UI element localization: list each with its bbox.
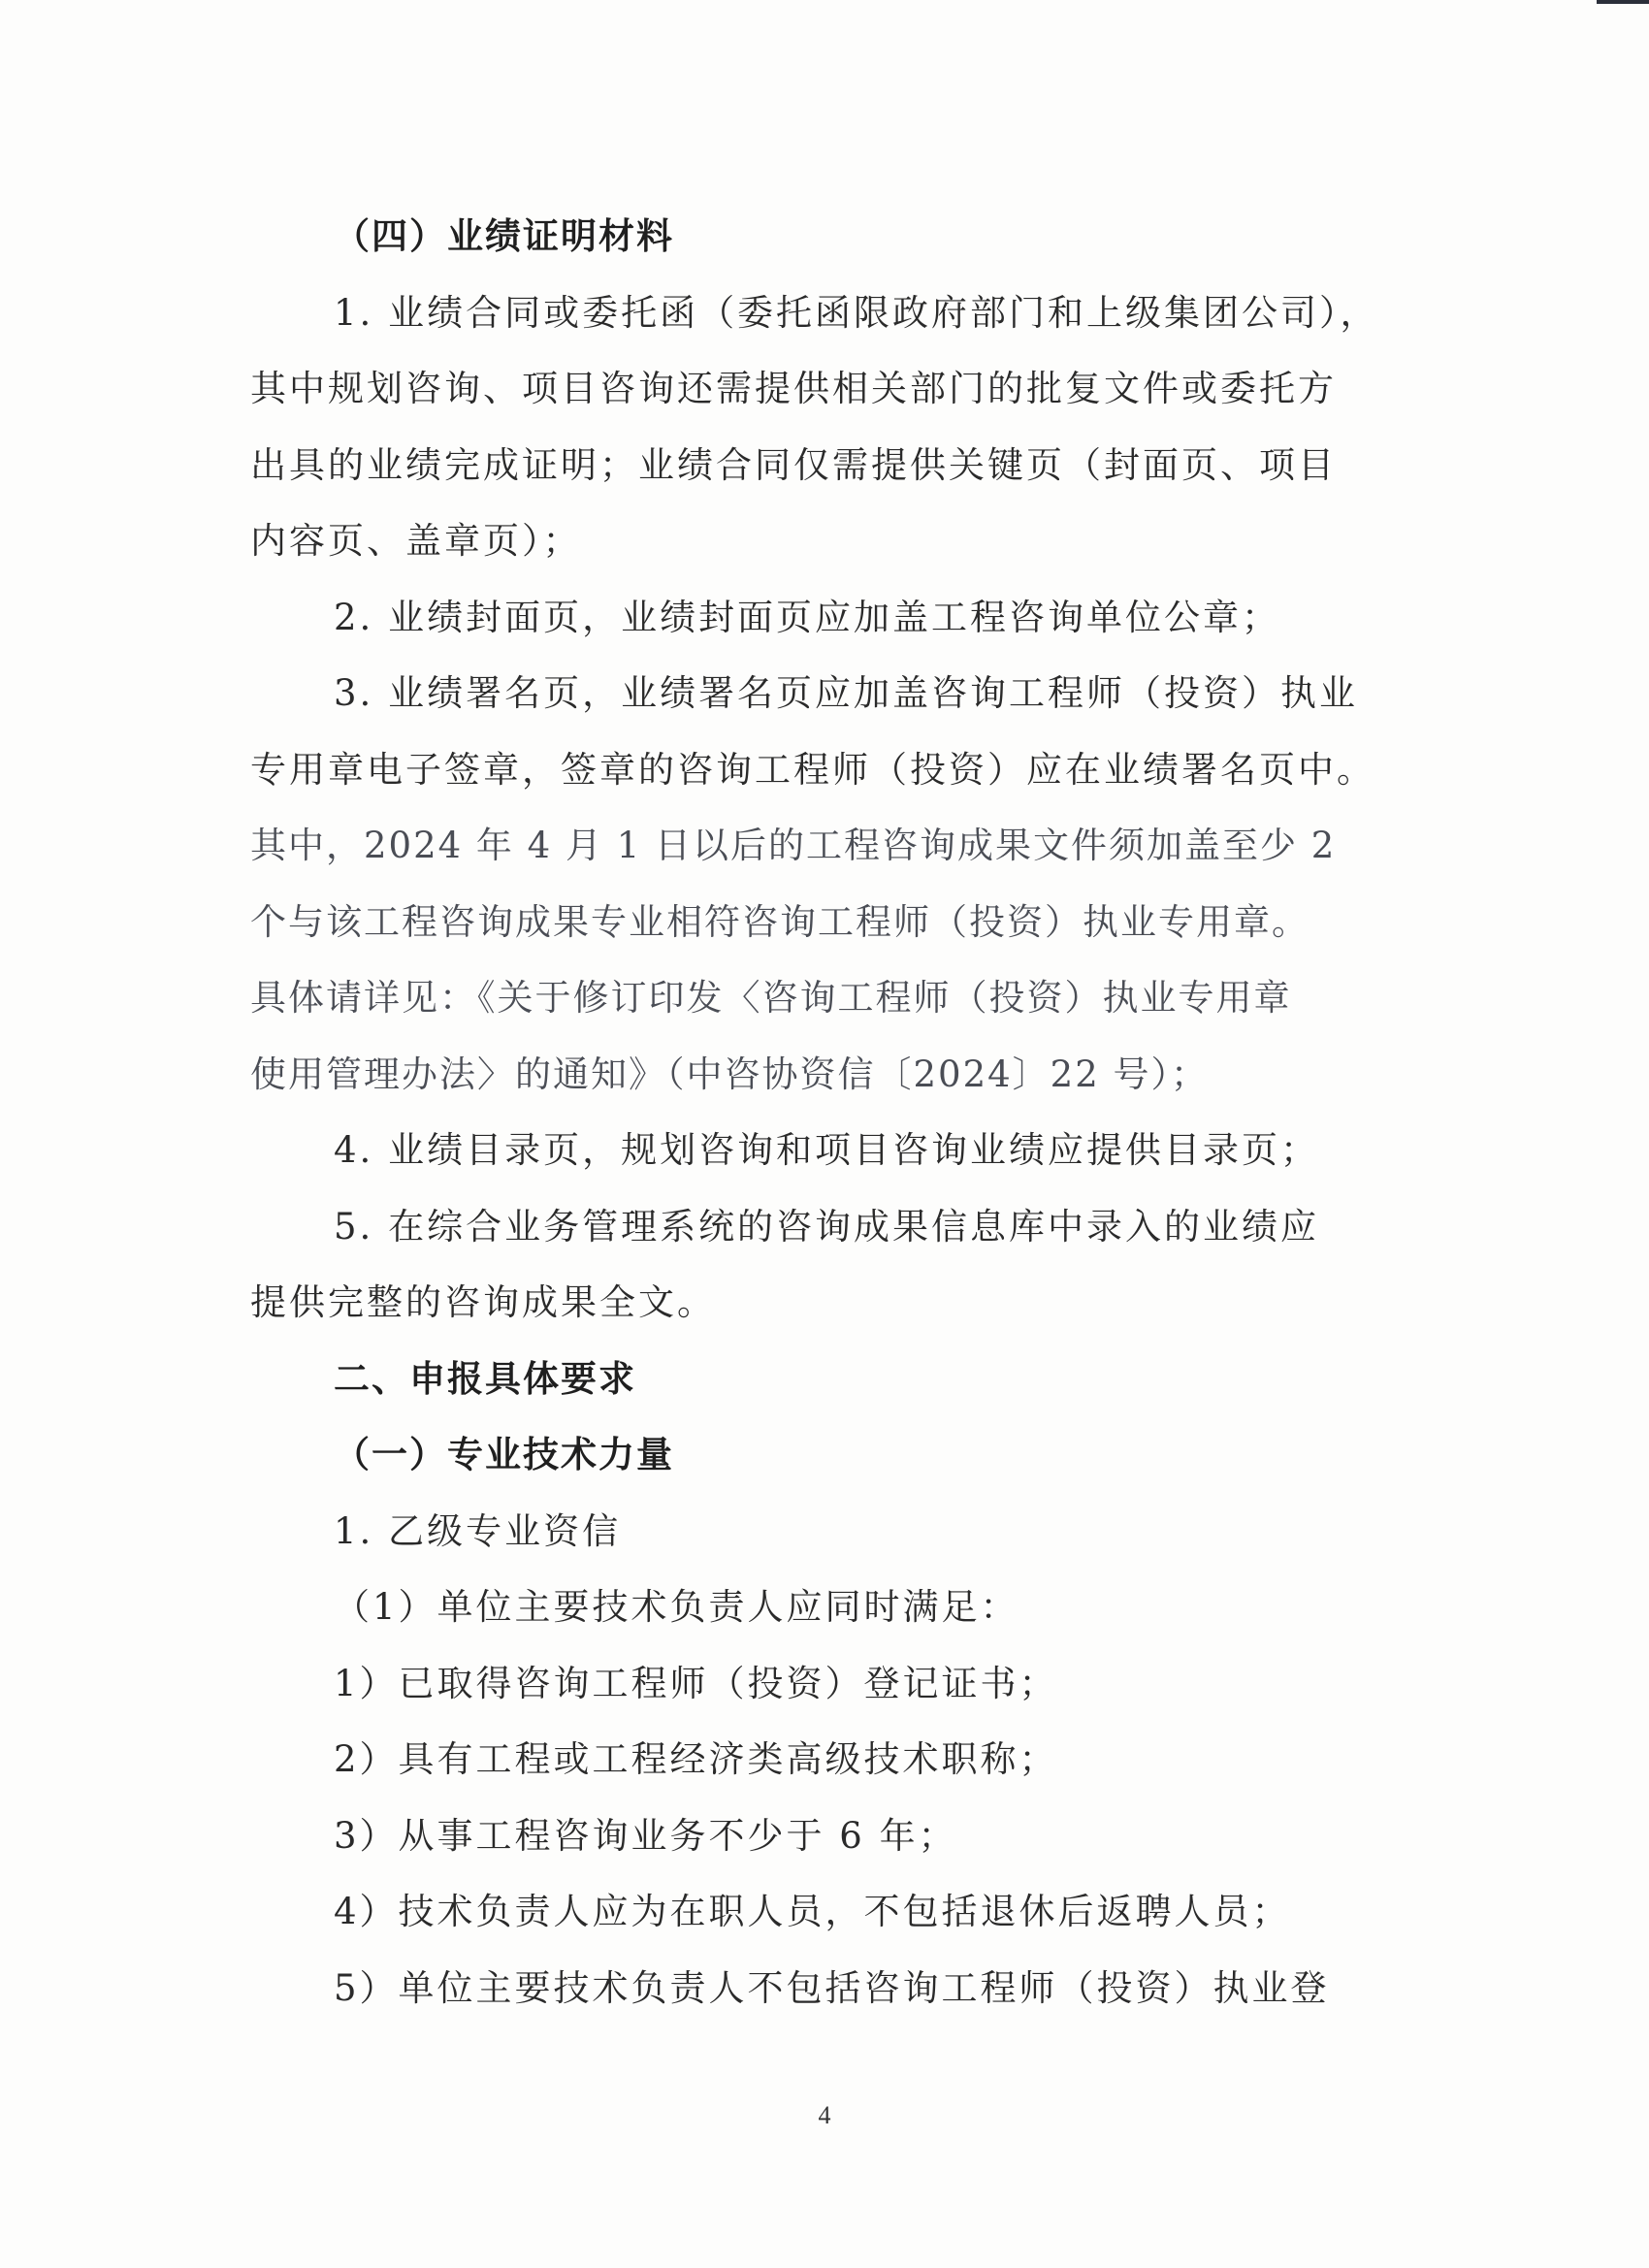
paragraph-line-inserted: 其中，2024 年 4 月 1 日以后的工程咨询成果文件须加盖至少 2 xyxy=(250,808,1375,885)
list-item: 4）技术负责人应为在职人员，不包括退休后返聘人员； xyxy=(250,1874,1375,1951)
paragraph-line: 2. 业绩封面页，业绩封面页应加盖工程咨询单位公章； xyxy=(250,580,1375,657)
page-number: 4 xyxy=(0,2101,1649,2130)
paragraph-line: 5. 在综合业务管理系统的咨询成果信息库中录入的业绩应 xyxy=(250,1189,1375,1266)
paragraph-line-inserted: 使用管理办法〉的通知》（中咨协资信〔2024〕22 号）； xyxy=(250,1037,1375,1114)
paragraph-line-inserted: 个与该工程咨询成果专业相符咨询工程师（投资）执业专用章。 xyxy=(250,885,1375,961)
paragraph-line: 4. 业绩目录页，规划咨询和项目咨询业绩应提供目录页； xyxy=(250,1113,1375,1189)
list-item-heading: 1. 乙级专业资信 xyxy=(250,1494,1375,1571)
list-item: 5）单位主要技术负责人不包括咨询工程师（投资）执业登 xyxy=(250,1951,1375,2027)
list-item: 3）从事工程咨询业务不少于 6 年； xyxy=(250,1798,1375,1875)
paragraph-line: 3. 业绩署名页，业绩署名页应加盖咨询工程师（投资）执业 xyxy=(250,656,1375,732)
paragraph-line: 提供完整的咨询成果全文。 xyxy=(250,1265,1375,1342)
list-item: （1）单位主要技术负责人应同时满足： xyxy=(250,1570,1375,1646)
paragraph-line: 专用章电子签章，签章的咨询工程师（投资）应在业绩署名页中。 xyxy=(250,732,1375,809)
document-page: （四）业绩证明材料 1. 业绩合同或委托函（委托函限政府部门和上级集团公司）， … xyxy=(250,199,1375,2026)
list-item: 2）具有工程或工程经济类高级技术职称； xyxy=(250,1722,1375,1798)
list-item: 1）已取得咨询工程师（投资）登记证书； xyxy=(250,1646,1375,1723)
section-heading-performance-materials: （四）业绩证明材料 xyxy=(250,199,1375,275)
paragraph-line-inserted: 具体请详见：《关于修订印发〈咨询工程师（投资）执业专用章 xyxy=(250,960,1375,1037)
paragraph-line: 1. 业绩合同或委托函（委托函限政府部门和上级集团公司）， xyxy=(250,275,1375,352)
section-heading-requirements: 二、申报具体要求 xyxy=(250,1342,1375,1418)
subsection-heading-technical-strength: （一）专业技术力量 xyxy=(250,1417,1375,1494)
paragraph-line: 其中规划咨询、项目咨询还需提供相关部门的批复文件或委托方 xyxy=(250,351,1375,428)
scan-edge-mark xyxy=(1597,0,1649,4)
paragraph-line: 内容页、盖章页）； xyxy=(250,503,1375,580)
paragraph-line: 出具的业绩完成证明；业绩合同仅需提供关键页（封面页、项目 xyxy=(250,428,1375,504)
